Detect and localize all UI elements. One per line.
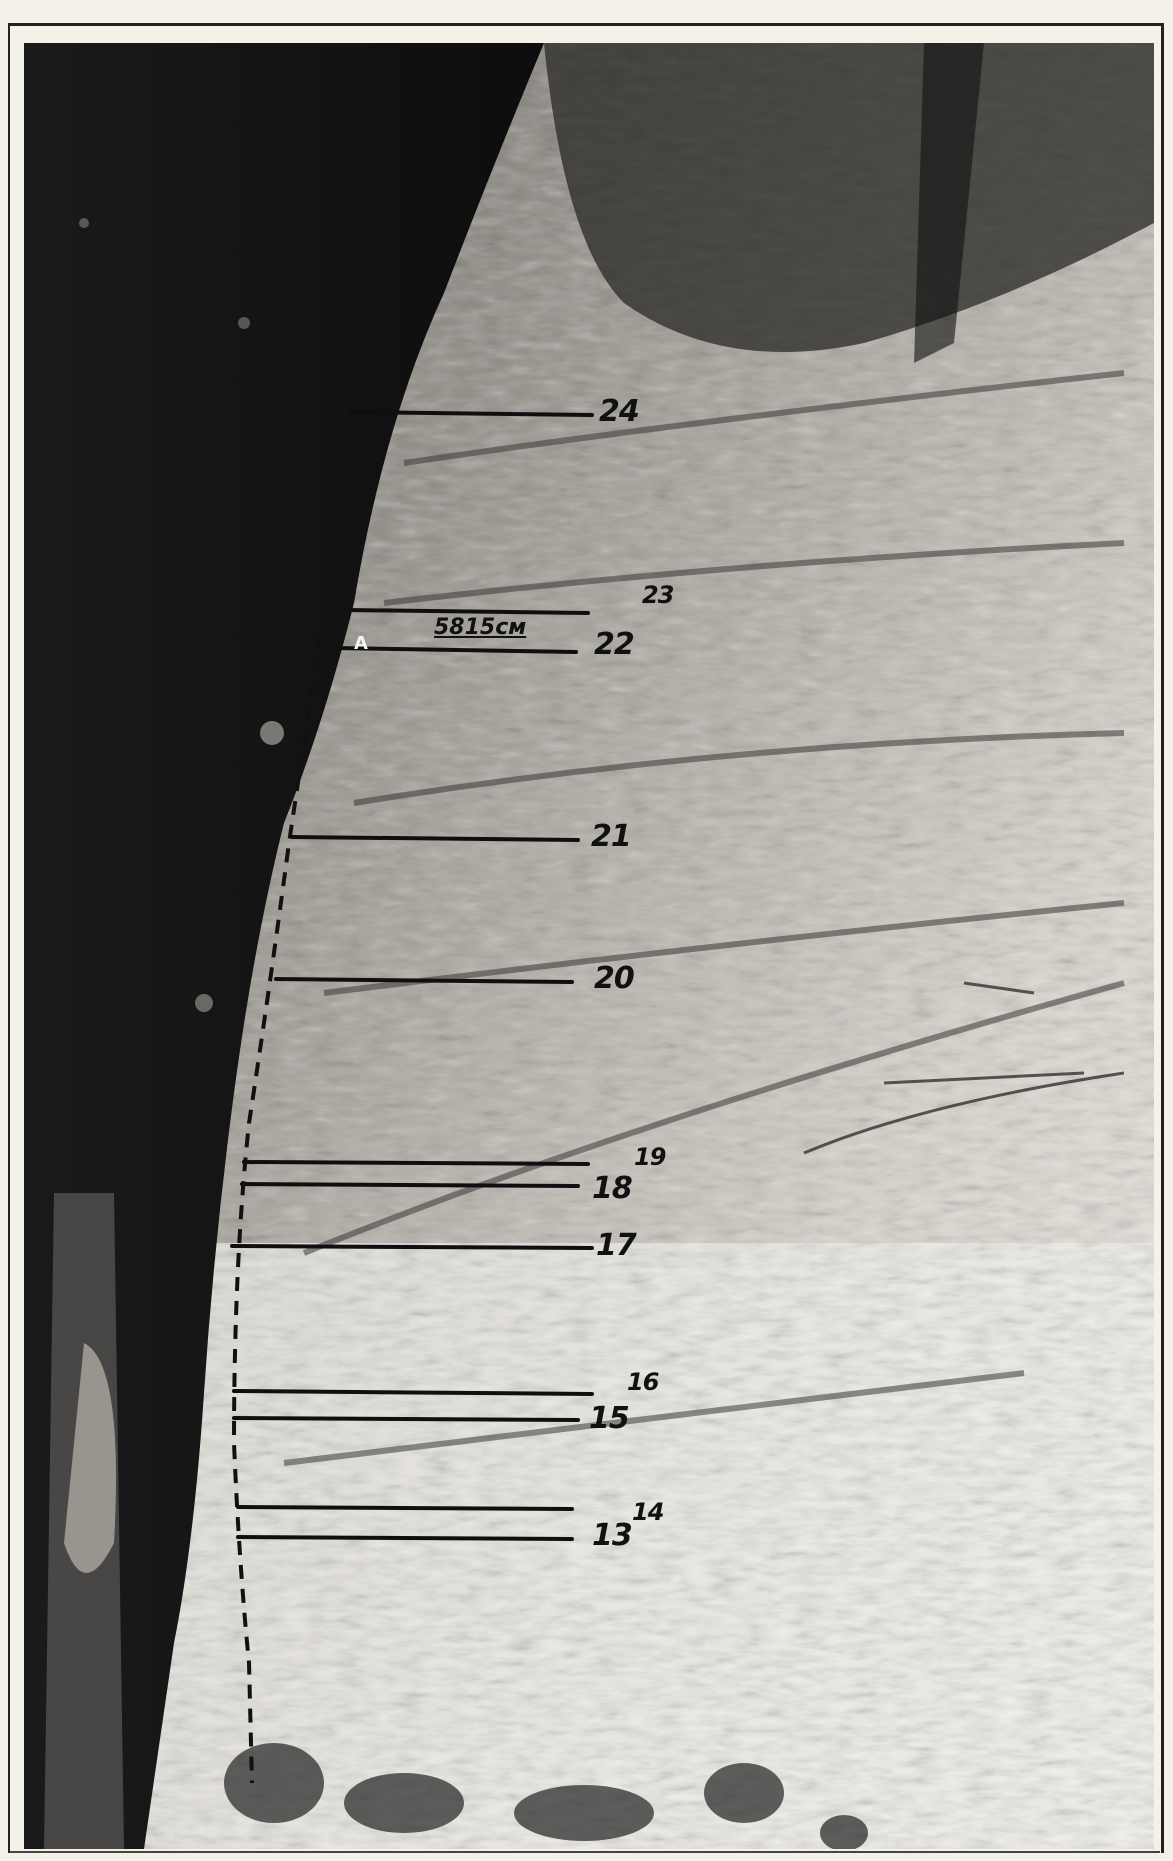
point-marker-a: A: [354, 633, 368, 654]
bed-label-15: 15: [589, 1401, 629, 1436]
bed-label-22: 22: [594, 627, 634, 662]
bed-label-24: 24: [599, 394, 639, 429]
outcrop-photograph: 24 23 22 21 20 19 18 17 16 15 14 13 5815…: [24, 43, 1154, 1849]
bed-label-20: 20: [594, 961, 634, 996]
outcrop-illustration: [24, 43, 1154, 1849]
bed-label-18: 18: [592, 1171, 632, 1206]
photo-bottom-edge: [10, 1851, 1160, 1853]
bed-label-16: 16: [627, 1368, 658, 1396]
bed-label-17: 17: [596, 1228, 636, 1263]
scale-annotation: 5815см: [434, 615, 526, 640]
bed-label-14: 14: [632, 1498, 663, 1526]
bed-label-21: 21: [591, 819, 631, 854]
bed-label-19: 19: [634, 1143, 665, 1171]
bed-label-23: 23: [642, 581, 673, 609]
bed-label-13: 13: [592, 1518, 632, 1553]
